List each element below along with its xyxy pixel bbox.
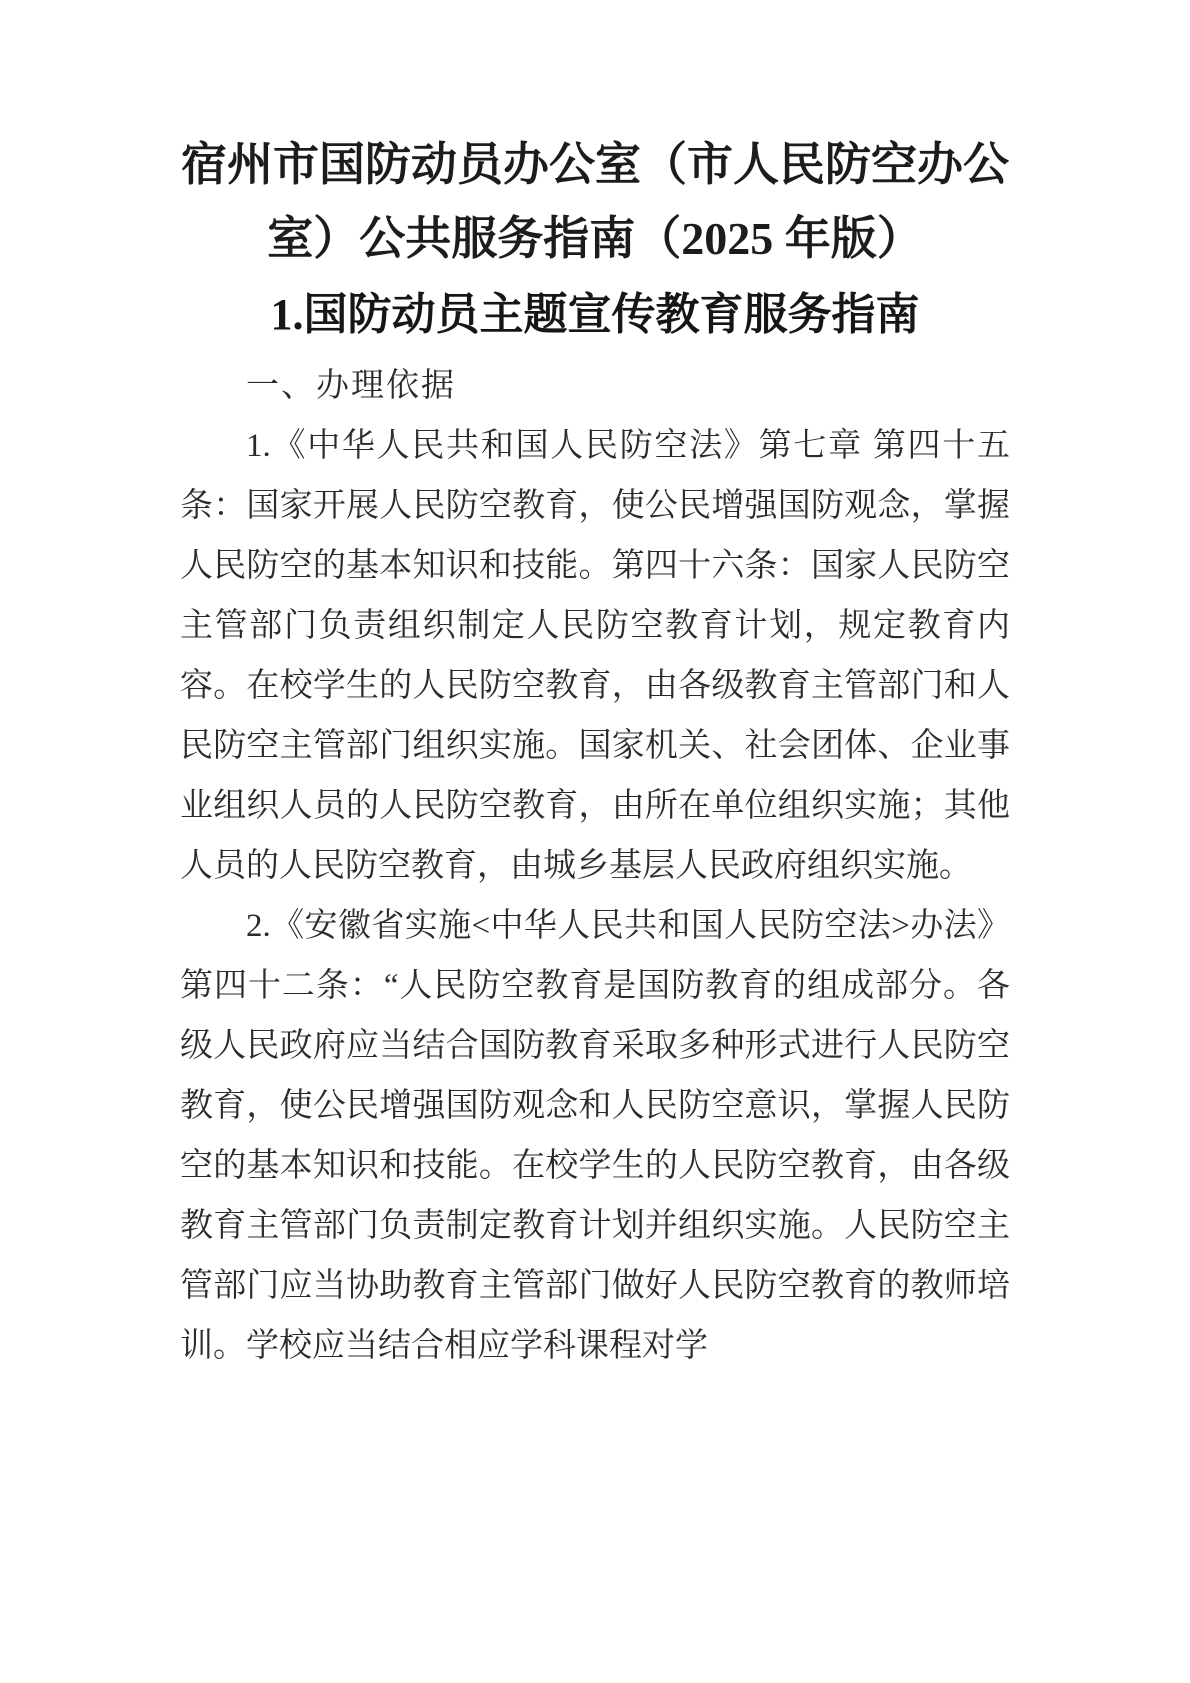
- paragraph-law-anhui: 2.《安徽省实施<中华人民共和国人民防空法>办法》第四十二条：“人民防空教育是国…: [180, 896, 1010, 1376]
- document-page: 宿州市国防动员办公室（市人民防空办公 室）公共服务指南（2025 年版） 1.国…: [0, 0, 1190, 1683]
- document-subtitle: 1.国防动员主题宣传教育服务指南: [180, 284, 1010, 346]
- document-title-line-2: 室）公共服务指南（2025 年版）: [180, 202, 1010, 276]
- paragraph-law-pfkf: 1.《中华人民共和国人民防空法》第七章 第四十五条：国家开展人民防空教育，使公民…: [180, 416, 1010, 896]
- document-title-line-1: 宿州市国防动员办公室（市人民防空办公: [180, 128, 1010, 202]
- section-heading-basis: 一、办理依据: [180, 356, 1010, 416]
- document-title: 宿州市国防动员办公室（市人民防空办公 室）公共服务指南（2025 年版）: [180, 128, 1010, 276]
- document-body: 一、办理依据 1.《中华人民共和国人民防空法》第七章 第四十五条：国家开展人民防…: [180, 356, 1010, 1376]
